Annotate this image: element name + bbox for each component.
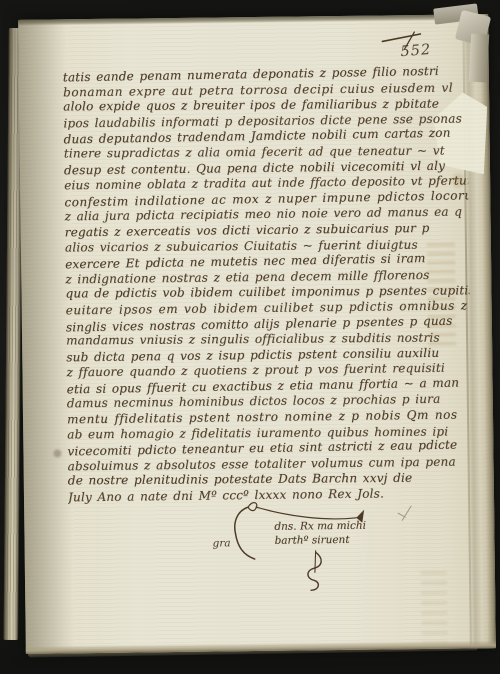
crumpled-corner-scrap — [469, 34, 489, 83]
pencil-mark — [396, 503, 416, 523]
manuscript-line: tinere supradictas z alia omia fecerit a… — [64, 143, 468, 162]
photograph-background: 552 tatis eande penam numerata deponatis… — [0, 0, 500, 674]
margin-smudge — [53, 449, 61, 457]
chancery-note-line: barthº siruent — [274, 533, 414, 548]
chancery-note-lines: dns. Rx ma michibarthº siruent — [274, 519, 414, 548]
manuscript-page: 552 tatis eande penam numerata deponatis… — [18, 14, 496, 654]
manuscript-text-block: tatis eande penam numerata deponatis z p… — [63, 64, 472, 506]
paraph-flourish — [303, 550, 330, 594]
manuscript-line: mandamus vniusis z singulis officialibus… — [66, 330, 470, 349]
folio-number: 552 — [400, 42, 432, 60]
